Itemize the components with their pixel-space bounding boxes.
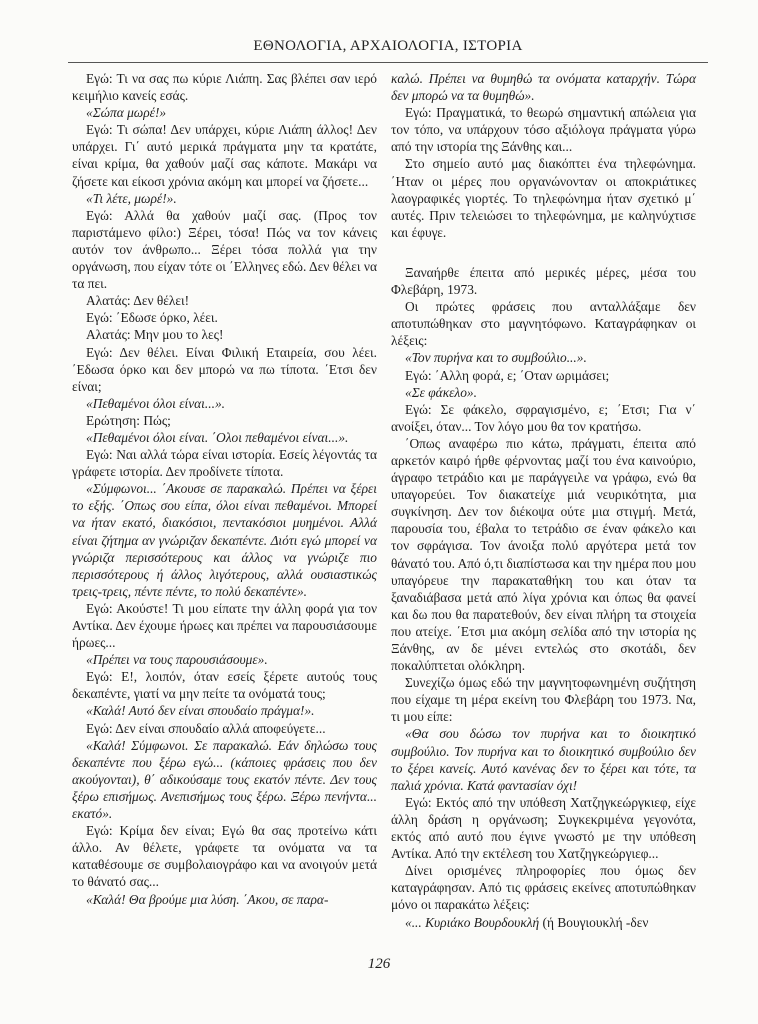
quote-paragraph: «Σε φάκελο». xyxy=(391,384,696,401)
running-header: ΕΘΝΟΛΟΓΙΑ, ΑΡΧΑΙΟΛΟΓΙΑ, ΙΣΤΟΡΙΑ xyxy=(68,38,708,55)
left-column: Εγώ: Τι να σας πω κύριε Λιάπη. Σας βλέπε… xyxy=(72,70,377,908)
quote-paragraph: «Καλά! Αυτό δεν είναι σπουδαίο πράγμα!». xyxy=(72,702,377,719)
paragraph: Οι πρώτες φράσεις που ανταλλάξαμε δεν απ… xyxy=(391,298,696,349)
page-number: 126 xyxy=(0,956,758,973)
quote-paragraph: καλώ. Πρέπει να θυμηθώ τα ονόματα καταρχ… xyxy=(391,70,696,104)
paragraph: Εγώ: Ε!, λοιπόν, όταν εσείς ξέρετε αυτού… xyxy=(72,668,377,702)
section-break xyxy=(391,241,696,264)
quote-paragraph: «Καλά! Θα βρούμε μια λύση. ΄Ακου, σε παρ… xyxy=(72,891,377,908)
right-column: καλώ. Πρέπει να θυμηθώ τα ονόματα καταρχ… xyxy=(391,70,696,931)
paragraph: Εγώ: ΄Εδωσε όρκο, λέει. xyxy=(72,309,377,326)
paragraph: «... Κυριάκο Βουρδουκλή (ή Βουγιουκλή -δ… xyxy=(391,914,696,931)
paragraph: Εγώ: Τι να σας πω κύριε Λιάπη. Σας βλέπε… xyxy=(72,70,377,104)
quote-paragraph: «Πρέπει να τους παρουσιάσουμε». xyxy=(72,651,377,668)
quote-paragraph: «Θα σου δώσω τον πυρήνα και το διοικητικ… xyxy=(391,725,696,793)
paragraph-text: (ή Βουγιουκλή -δεν xyxy=(539,915,648,930)
paragraph: Εγώ: Ναι αλλά τώρα είναι ιστορία. Εσείς … xyxy=(72,446,377,480)
quote-paragraph: «Σύμφωνοι... ΄Ακουσε σε παρακαλώ. Πρέπει… xyxy=(72,480,377,600)
quote-paragraph: «Σώπα μωρέ!» xyxy=(72,104,377,121)
paragraph: Εγώ: Εκτός από την υπόθεση Χατζηγκεώργκι… xyxy=(391,794,696,862)
paragraph: Εγώ: Πραγματικά, το θεωρώ σημαντική απώλ… xyxy=(391,104,696,155)
quote-paragraph: «Τον πυρήνα και το συμβούλιο...». xyxy=(391,349,696,366)
paragraph: Στο σημείο αυτό μας διακόπτει ένα τηλεφώ… xyxy=(391,155,696,240)
paragraph: Εγώ: Δεν είναι σπουδαίο αλλά αποφεύγετε.… xyxy=(72,720,377,737)
right-column-part-2: Ξαναήρθε έπειτα από μερικές μέρες, μέσα … xyxy=(391,264,696,914)
paragraph: Ερώτηση: Πώς; xyxy=(72,412,377,429)
right-column-part-1: καλώ. Πρέπει να θυμηθώ τα ονόματα καταρχ… xyxy=(391,70,696,241)
paragraph: Αλατάς: Δεν θέλει! xyxy=(72,292,377,309)
quote-text: «... Κυριάκο Βουρδουκλή xyxy=(405,915,539,930)
paragraph: Εγώ: ΄Αλλη φορά, ε; ΄Οταν ωριμάσει; xyxy=(391,367,696,384)
paragraph: Εγώ: Σε φάκελο, σφραγισμένο, ε; ΄Ετσι; Γ… xyxy=(391,401,696,435)
paragraph: Εγώ: Τι σώπα! Δεν υπάρχει, κύριε Λιάπη ά… xyxy=(72,121,377,189)
quote-paragraph: «Καλά! Σύμφωνοι. Σε παρακαλώ. Εάν δηλώσω… xyxy=(72,737,377,822)
quote-paragraph: «Πεθαμένοι όλοι είναι. ΄Ολοι πεθαμένοι ε… xyxy=(72,429,377,446)
paragraph: Συνεχίζω όμως εδώ την μαγνητοφωνημένη συ… xyxy=(391,674,696,725)
paragraph: Αλατάς: Μην μου το λες! xyxy=(72,326,377,343)
paragraph: Εγώ: Δεν θέλει. Είναι Φιλική Εταιρεία, σ… xyxy=(72,344,377,395)
header-rule xyxy=(68,62,708,63)
paragraph: ΄Οπως αναφέρω πιο κάτω, πράγματι, έπειτα… xyxy=(391,435,696,674)
paragraph: Εγώ: Κρίμα δεν είναι; Εγώ θα σας προτείν… xyxy=(72,822,377,890)
paragraph: Εγώ: Ακούστε! Τι μου είπατε την άλλη φορ… xyxy=(72,600,377,651)
paragraph: Εγώ: Αλλά θα χαθούν μαζί σας. (Προς τον … xyxy=(72,207,377,292)
paragraph: Ξαναήρθε έπειτα από μερικές μέρες, μέσα … xyxy=(391,264,696,298)
quote-paragraph: «Πεθαμένοι όλοι είναι...». xyxy=(72,395,377,412)
paragraph: Δίνει ορισμένες πληροφορίες που όμως δεν… xyxy=(391,862,696,913)
quote-paragraph: «Τι λέτε, μωρέ!». xyxy=(72,190,377,207)
